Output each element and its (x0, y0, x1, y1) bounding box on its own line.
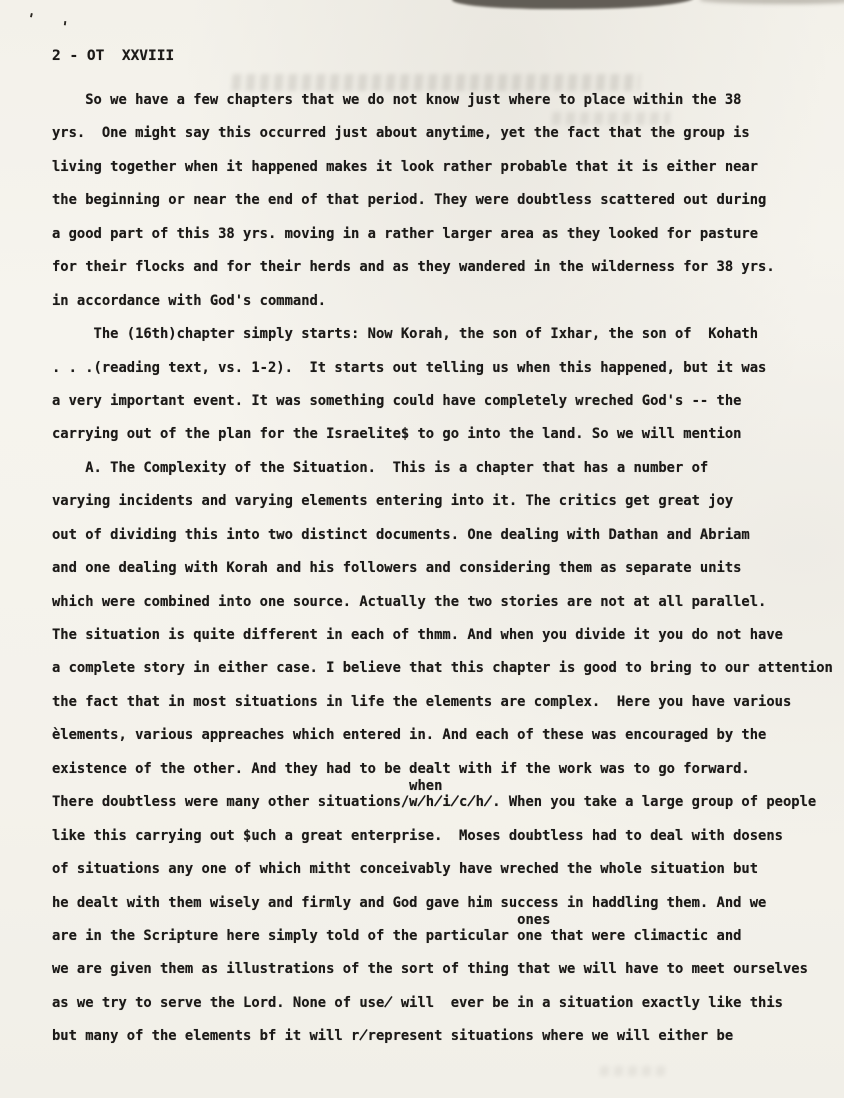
text-line: èlements, various appreaches which enter… (52, 719, 838, 752)
text-line: for their flocks and for their herds and… (52, 251, 838, 284)
text-line: of situations any one of which mitht con… (52, 853, 838, 886)
text-line: a complete story in either case. I belie… (52, 652, 838, 685)
text-line: we are given them as illustrations of th… (52, 953, 838, 986)
text-line: So we have a few chapters that we do not… (52, 84, 838, 117)
text-line: out of dividing this into two distinct d… (52, 519, 838, 552)
text-line: a good part of this 38 yrs. moving in a … (52, 218, 838, 251)
text-line: a very important event. It was something… (52, 385, 838, 418)
stray-mark: ' (24, 9, 37, 29)
text-line: the beginning or near the end of that pe… (52, 184, 838, 217)
text-line: as we try to serve the Lord. None of use… (52, 987, 838, 1020)
text-line: but many of the elements bf it will r̸re… (52, 1020, 838, 1053)
inserted-word-when: when (52, 779, 442, 793)
page-header: 2 - OT XXVIII (52, 48, 174, 64)
text-line: which were combined into one source. Act… (52, 586, 838, 619)
text-line: living together when it happened makes i… (52, 151, 838, 184)
document-page: ' ' 2 - OT XXVIII So we have a few chapt… (0, 0, 844, 1098)
text-line: in accordance with God's command. (52, 285, 838, 318)
bleed-through-ghost-text (600, 1066, 671, 1076)
scan-smudge-icon (700, 0, 844, 4)
text-line: . . .(reading text, vs. 1-2). It starts … (52, 352, 838, 385)
text-line: the fact that in most situations in life… (52, 686, 838, 719)
scan-smudge-icon (452, 0, 694, 9)
inserted-word-ones: ones (52, 913, 550, 927)
text-line: carrying out of the plan for the Israeli… (52, 418, 838, 451)
stray-mark: ' (59, 17, 70, 36)
text-line: The (16th)chapter simply starts: Now Kor… (52, 318, 838, 351)
text-line: like this carrying out $uch a great ente… (52, 820, 838, 853)
document-body: So we have a few chapters that we do not… (52, 84, 838, 1054)
text-line: varying incidents and varying elements e… (52, 485, 838, 518)
text-line: and one dealing with Korah and his follo… (52, 552, 838, 585)
text-line: The situation is quite different in each… (52, 619, 838, 652)
text-line: yrs. One might say this occurred just ab… (52, 117, 838, 150)
text-line: A. The Complexity of the Situation. This… (52, 452, 838, 485)
